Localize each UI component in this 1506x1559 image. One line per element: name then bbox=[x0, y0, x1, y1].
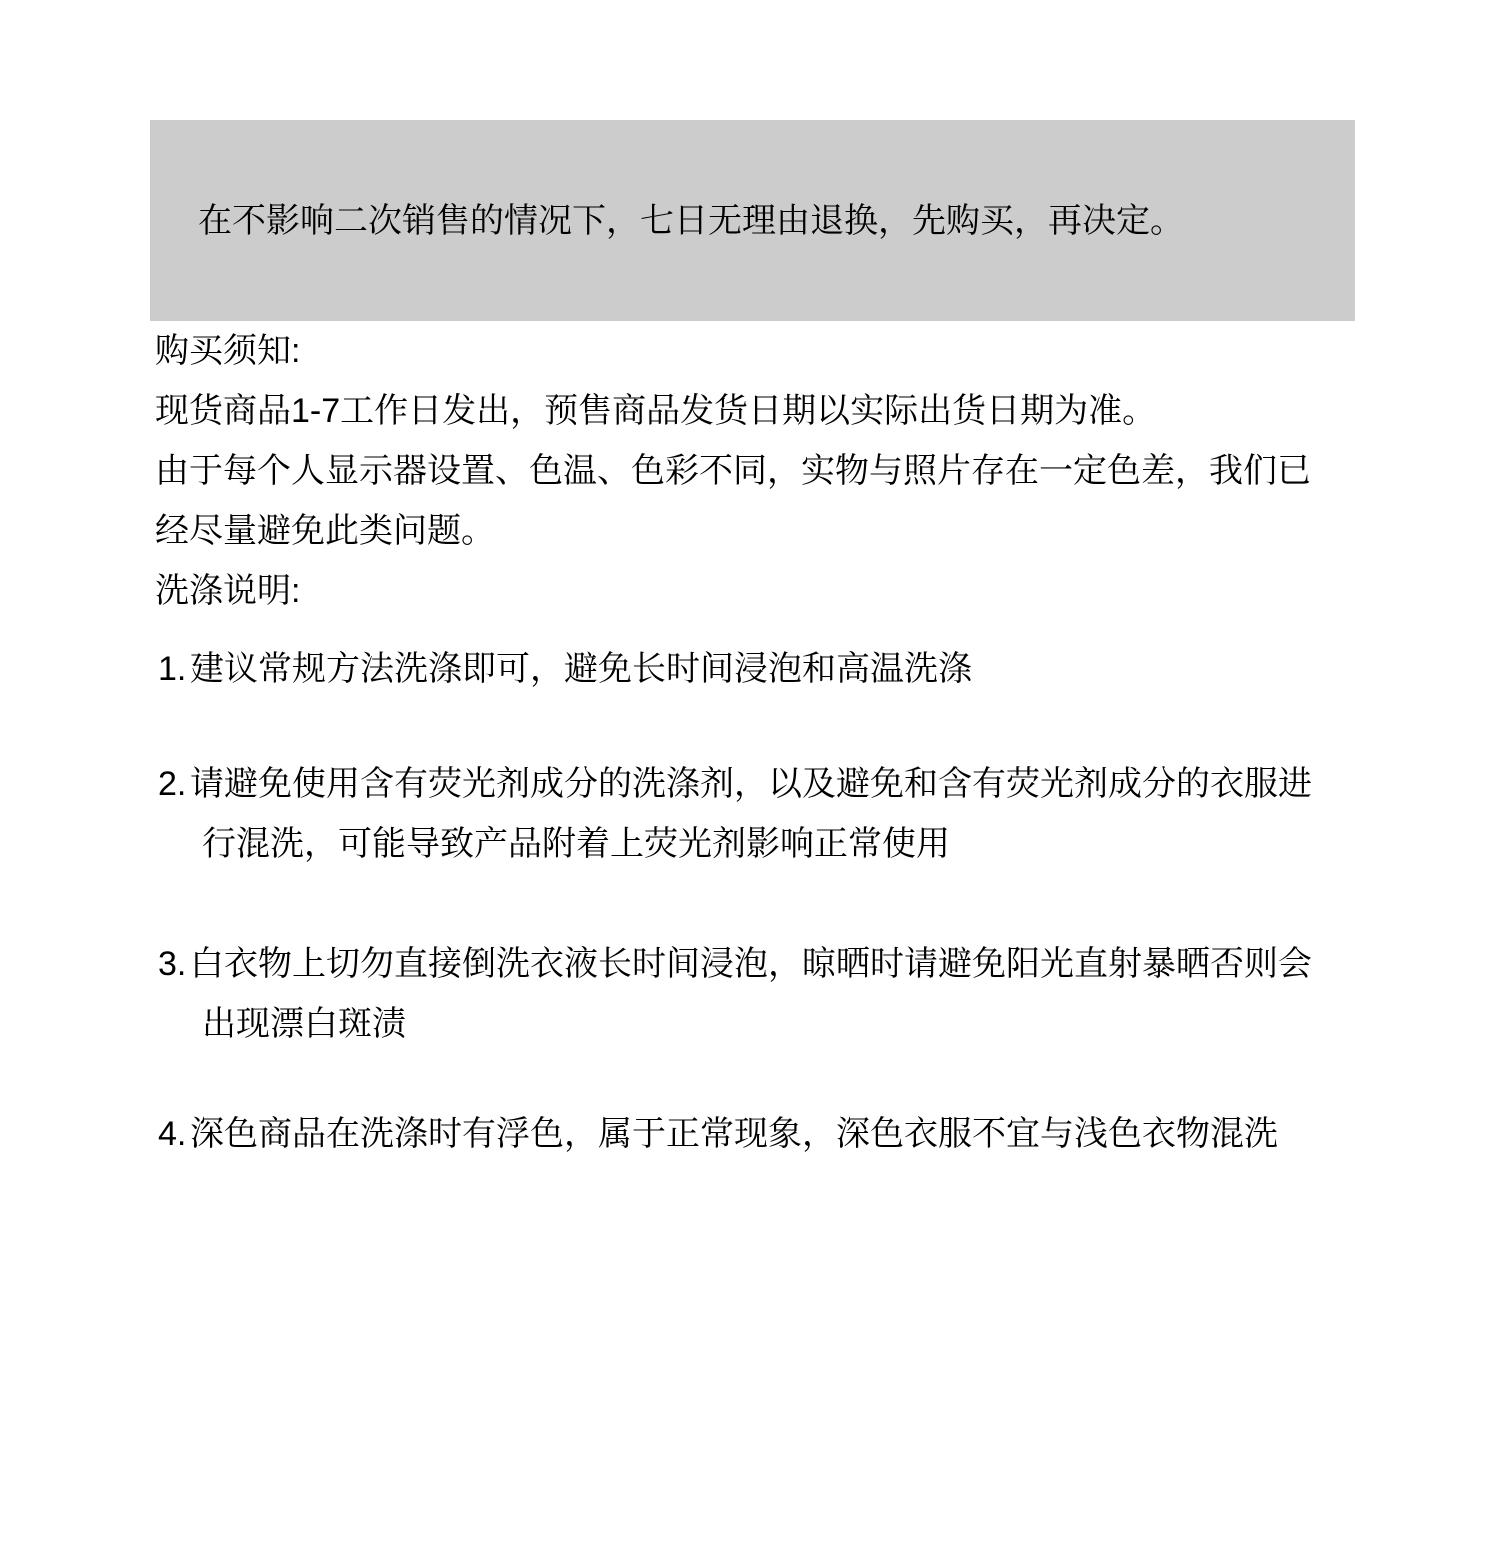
washing-instruction-item-3: 3. 白衣物上切勿直接倒洗衣液长时间浸泡，晾晒时请避免阳光直射暴晒否则会 出现漂… bbox=[155, 934, 1361, 1054]
return-policy-text: 在不影响二次销售的情况下，七日无理由退换，先购买，再决定。 bbox=[198, 191, 1184, 251]
washing-instruction-item-1: 1. 建议常规方法洗涤即可，避免长时间浸泡和高温洗涤 bbox=[155, 639, 1361, 699]
washing-instruction-item-4: 4. 深色商品在洗涤时有浮色，属于正常现象，深色衣服不宜与浅色衣物混洗 bbox=[155, 1104, 1361, 1164]
item-2-number: 2. bbox=[158, 754, 186, 814]
item-1-number: 1. bbox=[158, 639, 186, 699]
item-3-number: 3. bbox=[158, 934, 186, 994]
color-difference-note-text: 由于每个人显示器设置、色温、色彩不同，实物与照片存在一定色差，我们已 经尽量避免… bbox=[155, 441, 1361, 561]
return-policy-banner: 在不影响二次销售的情况下，七日无理由退换，先购买，再决定。 bbox=[150, 120, 1355, 321]
shipping-note-text: 现货商品1-7工作日发出，预售商品发货日期以实际出货日期为准。 bbox=[155, 381, 1361, 441]
item-4-number: 4. bbox=[158, 1104, 186, 1164]
washing-instructions-heading: 洗涤说明: bbox=[155, 561, 1361, 621]
description-content: 购买须知: 现货商品1-7工作日发出，预售商品发货日期以实际出货日期为准。 由于… bbox=[155, 321, 1361, 1164]
item-1-text: 建议常规方法洗涤即可，避免长时间浸泡和高温洗涤 bbox=[202, 639, 1361, 699]
item-3-text: 白衣物上切勿直接倒洗衣液长时间浸泡，晾晒时请避免阳光直射暴晒否则会 出现漂白斑渍 bbox=[202, 934, 1361, 1054]
item-2-text: 请避免使用含有荧光剂成分的洗涤剂，以及避免和含有荧光剂成分的衣服进 行混洗，可能… bbox=[202, 754, 1361, 874]
item-4-text: 深色商品在洗涤时有浮色，属于正常现象，深色衣服不宜与浅色衣物混洗 bbox=[202, 1104, 1361, 1164]
product-description-page: { "page": { "background_color": "#ffffff… bbox=[0, 0, 1506, 1559]
purchase-notes-heading: 购买须知: bbox=[155, 321, 1361, 381]
washing-instruction-item-2: 2. 请避免使用含有荧光剂成分的洗涤剂，以及避免和含有荧光剂成分的衣服进 行混洗… bbox=[155, 754, 1361, 874]
